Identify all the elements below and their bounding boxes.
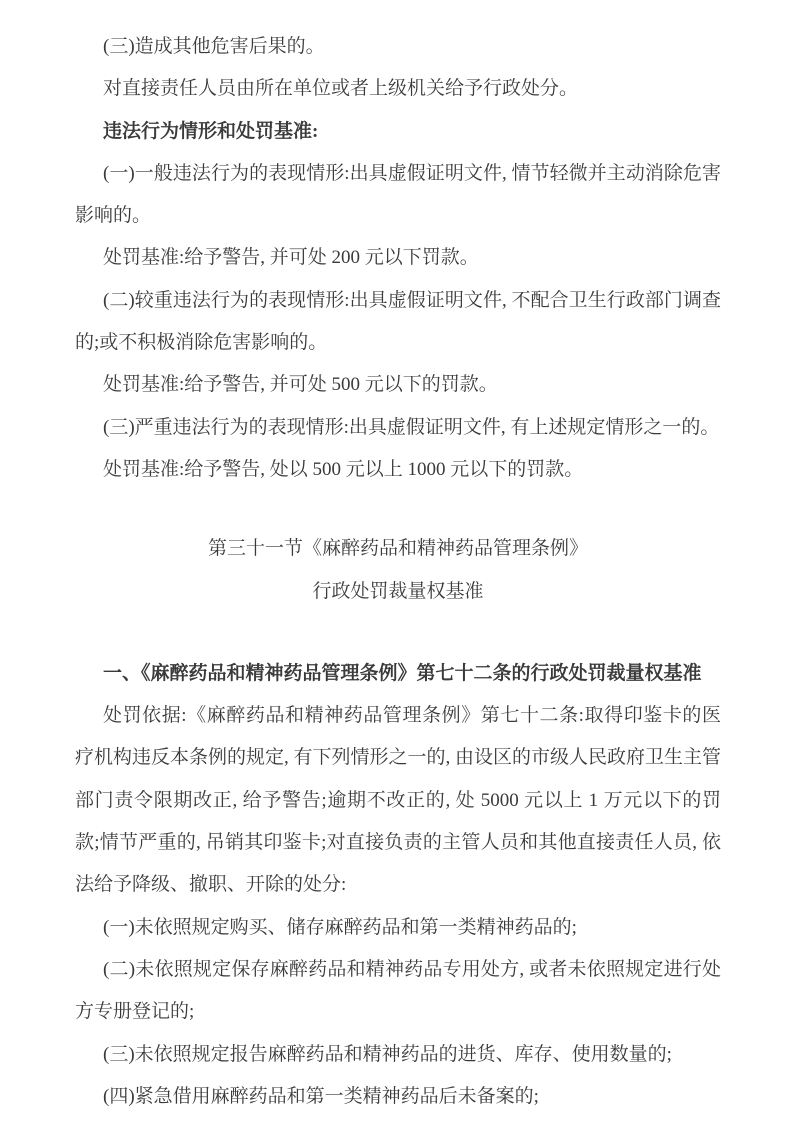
moderate-violation-item: (二)较重违法行为的表现情形:出具虚假证明文件, 不配合卫生行政部门调查的;或不… [75,280,721,365]
general-penalty-standard: 处罚基准:给予警告, 并可处 200 元以下罚款。 [75,237,721,279]
section-title-line1: 第三十一节《麻醉药品和精神药品管理条例》 [75,528,721,570]
violation-categories-heading: 违法行为情形和处罚基准: [75,111,721,153]
severe-penalty-standard: 处罚基准:给予警告, 处以 500 元以上 1000 元以下的罚款。 [75,449,721,491]
document-page: (三)造成其他危害后果的。 对直接责任人员由所在单位或者上级机关给予行政处分。 … [0,0,793,1122]
article72-item-4: (四)紧急借用麻醉药品和第一类精神药品后未备案的; [75,1076,721,1118]
severe-violation-item: (三)严重违法行为的表现情形:出具虚假证明文件, 有上述规定情形之一的。 [75,407,721,449]
item-3-other-consequences: (三)造成其他危害后果的。 [75,26,721,68]
general-violation-item: (一)一般违法行为的表现情形:出具虚假证明文件, 情节轻微并主动消除危害影响的。 [75,153,721,238]
penalty-basis-paragraph: 处罚依据:《麻醉药品和精神药品管理条例》第七十二条:取得印鉴卡的医疗机构违反本条… [75,695,721,906]
section-title-line2: 行政处罚裁量权基准 [75,571,721,613]
article72-item-2: (二)未依照规定保存麻醉药品和精神药品专用处方, 或者未依照规定进行处方专册登记… [75,949,721,1034]
article72-item-1: (一)未依照规定购买、储存麻醉药品和第一类精神药品的; [75,907,721,949]
admin-sanction-note: 对直接责任人员由所在单位或者上级机关给予行政处分。 [75,68,721,110]
section-gap-bottom [75,613,721,653]
section-gap-top [75,491,721,528]
moderate-penalty-standard: 处罚基准:给予警告, 并可处 500 元以下的罚款。 [75,364,721,406]
article-72-heading: 一、《麻醉药品和精神药品管理条例》第七十二条的行政处罚裁量权基准 [75,653,721,695]
article72-item-3: (三)未依照规定报告麻醉药品和精神药品的进货、库存、使用数量的; [75,1034,721,1076]
